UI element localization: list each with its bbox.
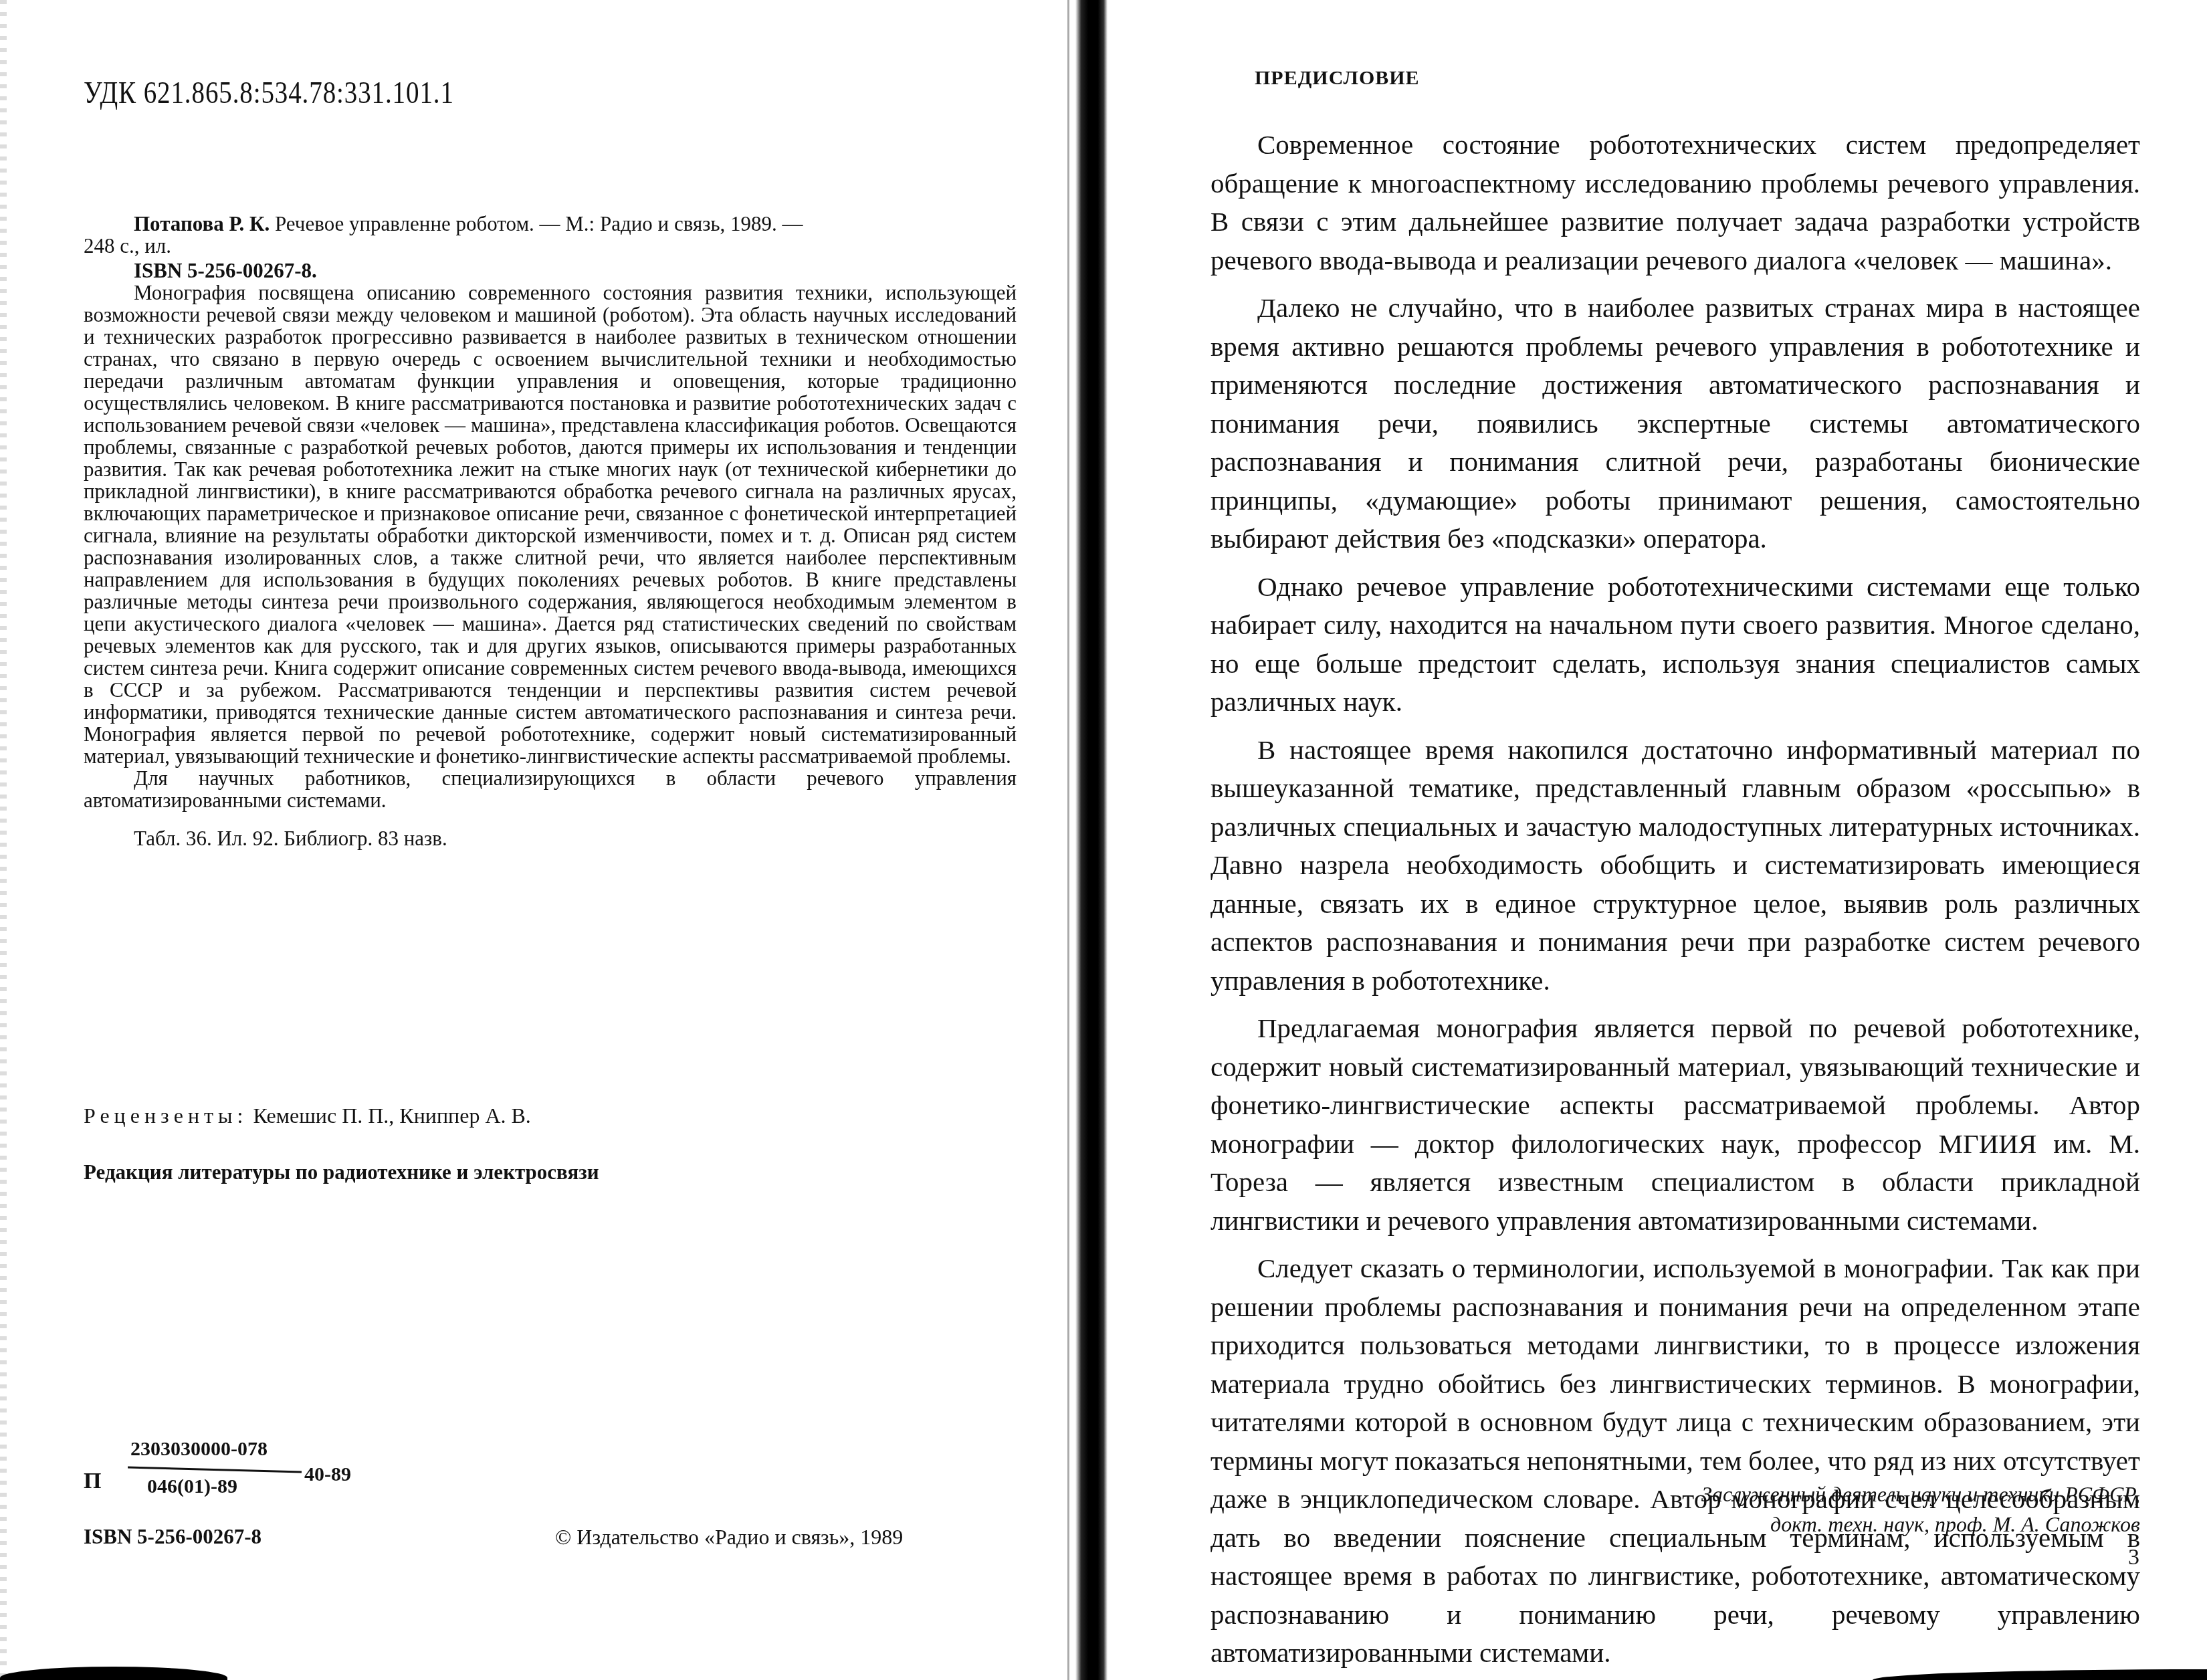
preface-paragraph: Предлагаемая монография является первой … [1211,1009,2140,1240]
reviewers-names: Кемешис П. П., Книппер А. В. [253,1104,530,1128]
editorial-office: Редакция литературы по радиотехнике и эл… [84,1160,599,1184]
publication-code-denominator: 046(01)-89 [147,1475,237,1498]
isbn-bottom: ISBN 5-256-00267-8 [84,1525,261,1549]
pages-line: 248 с., ил. [84,235,1017,257]
isbn-top: ISBN 5-256-00267-8. [84,259,1017,282]
copyright-notice: © Издательство «Радио и связь», 1989 [555,1525,903,1550]
bibliographic-block: Потапова Р. К. Речевое управленне робото… [84,213,1017,849]
publication-code-letter: П [84,1469,101,1494]
publication-code-numerator: 2303030000-078 [130,1438,268,1461]
abstract: Монография посвящена описанию современно… [84,282,1017,767]
book-spine-gutter [1075,0,1108,1680]
bibliographic-entry: Потапова Р. К. Речевое управленне робото… [84,213,1017,235]
signature-name: докт. техн. наук, проф. М. А. Сапожков [1701,1509,2140,1540]
author-name: Потапова Р. К. [134,212,270,235]
fraction-line [128,1467,302,1473]
preface-body: Современное состояние робототехнических … [1211,126,2140,1680]
signature-block: Заслуженный деятель науки и техники РСФС… [1701,1479,2140,1540]
signature-title: Заслуженный деятель науки и техники РСФС… [1701,1479,2140,1509]
reviewers: Рецензенты: Кемешис П. П., Книппер А. В. [84,1104,531,1128]
left-page: УДК 621.865.8:534.78:331.101.1 Потапова … [0,0,1070,1680]
preface-paragraph: Однако речевое управление робототехничес… [1211,568,2140,722]
udc-code: УДК 621.865.8:534.78:331.101.1 [84,75,454,110]
title-line: Речевое управленне роботом. — М.: Радио … [275,212,803,235]
spacer [84,811,1017,827]
stats-line: Табл. 36. Ил. 92. Библиогр. 83 назв. [84,827,1017,849]
page-number: 3 [2128,1545,2139,1570]
preface-paragraph: В настоящее время накопился достаточно и… [1211,731,2140,1001]
publication-code-suffix: 40-89 [304,1463,351,1486]
audience-note: Для научных работников, специализирующих… [84,767,1017,811]
preface-paragraph: Далеко не случайно, что в наиболее разви… [1211,289,2140,558]
preface-paragraph: Современное состояние робототехнических … [1211,126,2140,280]
reviewers-label: Рецензенты: [84,1104,247,1128]
page-edge-shadow [1067,0,1069,1680]
preface-heading: ПРЕДИСЛОВИЕ [1255,67,1420,90]
preface-paragraph: Следует сказать о терминологии, использу… [1211,1249,2140,1673]
